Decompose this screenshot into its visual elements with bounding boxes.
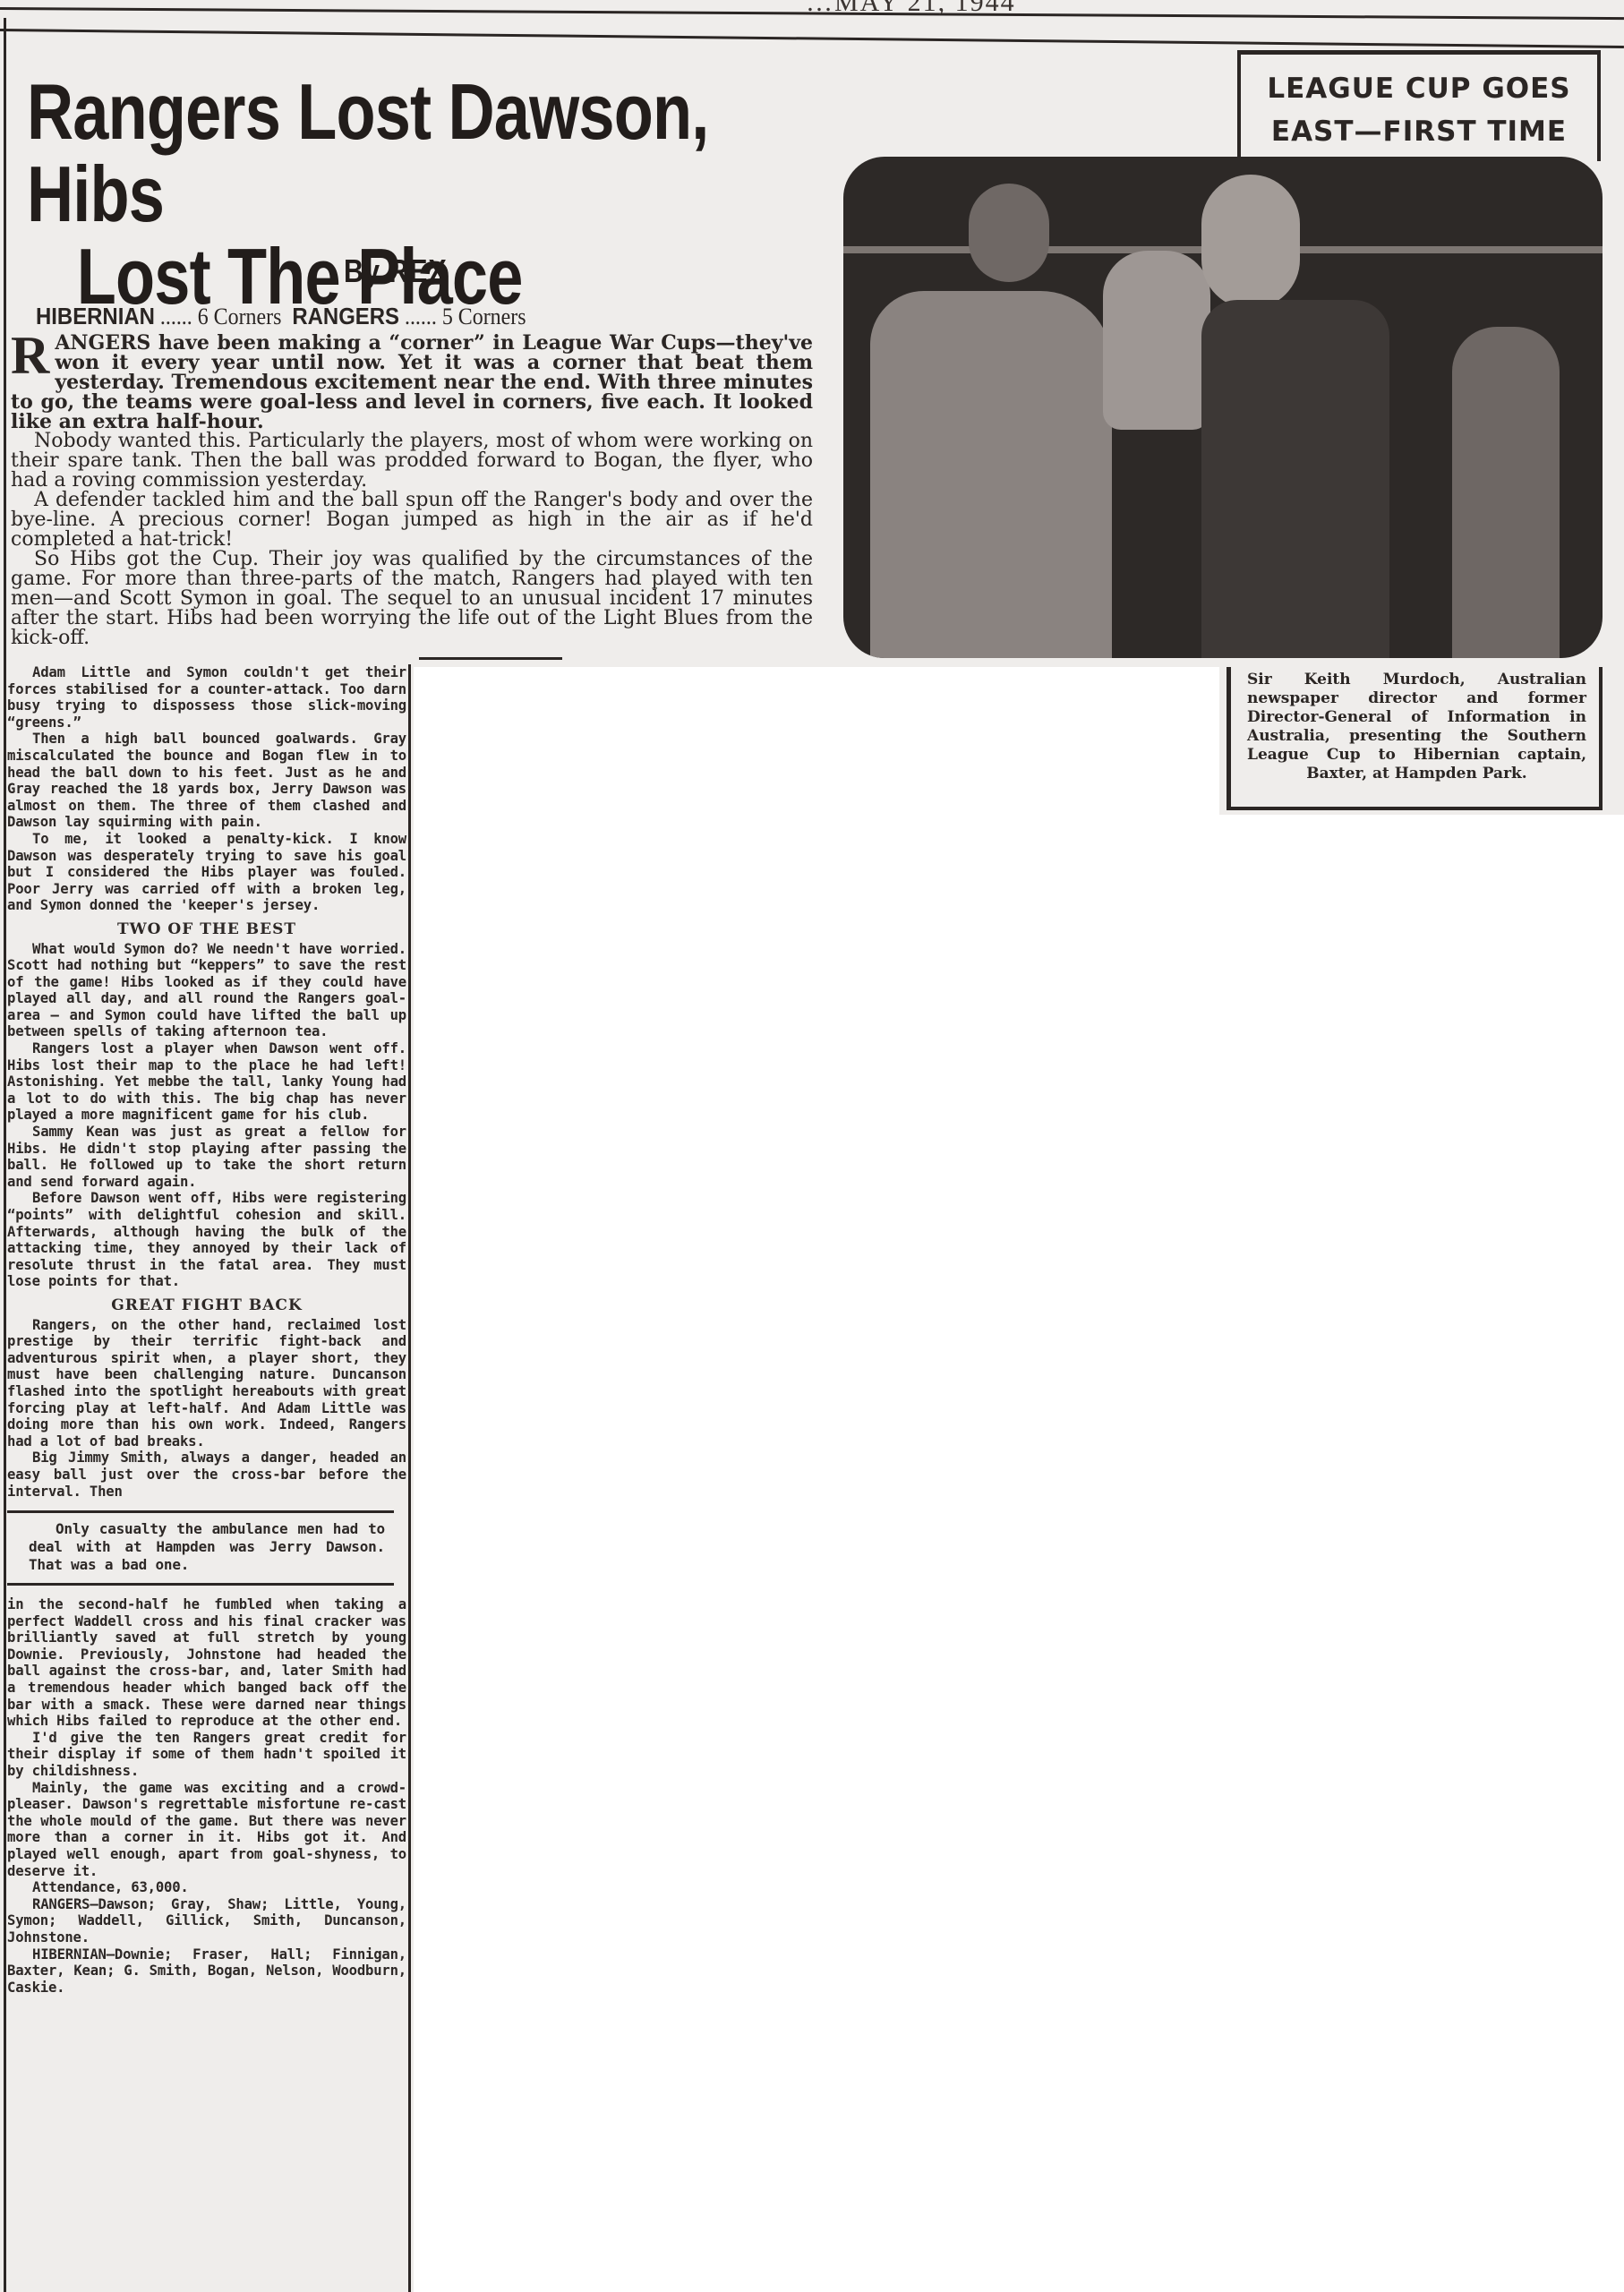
paragraph: What would Symon do? We needn't have wor… [7, 941, 406, 1041]
article-column: Adam Little and Symon couldn't get their… [7, 664, 406, 1996]
score-line: HIBERNIAN ...... 6 Corners RANGERS .....… [36, 303, 744, 330]
paragraph: A defender tackled him and the ball spun… [11, 491, 813, 550]
score-dots: ...... [399, 304, 442, 329]
paragraph: So Hibs got the Cup. Their joy was quali… [11, 550, 813, 648]
photo-caption: Sir Keith Murdoch, Australian newspaper … [1227, 667, 1603, 810]
photo-bystander [1452, 327, 1560, 658]
photo-trophy [1103, 251, 1210, 430]
paragraph: Nobody wanted this. Particularly the pla… [11, 432, 813, 491]
photo-presenter-head [1201, 175, 1300, 309]
paragraph: Then a high ball bounced goalwards. Gray… [7, 731, 406, 831]
pull-quote: Only casualty the ambulance men had to d… [7, 1510, 394, 1586]
lead-paragraph: RANGERS have been making a “corner” in L… [11, 333, 813, 432]
paragraph: Mainly, the game was exciting and a crow… [7, 1780, 406, 1880]
headline-line-1: Rangers Lost Dawson, Hibs [27, 67, 708, 238]
intro-text: RANGERS have been making a “corner” in L… [11, 333, 813, 648]
paragraph: Rangers lost a player when Dawson went o… [7, 1040, 406, 1124]
photo-player-head [969, 184, 1049, 282]
kicker-line-2: EAST—FIRST TIME [1241, 110, 1597, 153]
team-hibernian: HIBERNIAN [36, 303, 155, 329]
paragraph: I'd give the ten Rangers great credit fo… [7, 1730, 406, 1780]
byline: By REX [344, 252, 448, 290]
attendance: Attendance, 63,000. [7, 1879, 406, 1896]
paragraph: Before Dawson went off, Hibs were regist… [7, 1190, 406, 1290]
lineup-rangers: RANGERS—Dawson; Gray, Shaw; Little, Youn… [7, 1896, 406, 1946]
left-border [4, 18, 6, 2292]
drop-cap: R [11, 335, 49, 376]
team-rangers: RANGERS [292, 303, 399, 329]
hibernian-corners: 6 Corners [198, 304, 282, 329]
paragraph: Adam Little and Symon couldn't get their… [7, 664, 406, 731]
paragraph: Big Jimmy Smith, always a danger, headed… [7, 1450, 406, 1500]
trophy-presentation-photo [843, 157, 1603, 658]
subhead-two-of-the-best: TWO OF THE BEST [7, 921, 406, 938]
paragraph: Rangers, on the other hand, reclaimed lo… [7, 1317, 406, 1450]
subhead-great-fight-back: GREAT FIGHT BACK [7, 1297, 406, 1314]
paragraph: Sammy Kean was just as great a fellow fo… [7, 1124, 406, 1190]
kicker-line-1: LEAGUE CUP GOES [1241, 67, 1597, 110]
photo-presenter-body [1201, 300, 1389, 658]
paragraph: in the second-half he fumbled when takin… [7, 1596, 406, 1730]
photo-player-figure [870, 291, 1112, 658]
pull-quote-text: Only casualty the ambulance men had to d… [29, 1520, 385, 1574]
lineup-hibernian: HIBERNIAN—Downie; Fraser, Hall; Finnigan… [7, 1946, 406, 1997]
column-top-rule [419, 657, 562, 660]
kicker-box: LEAGUE CUP GOES EAST—FIRST TIME [1237, 50, 1601, 161]
rangers-corners: 5 Corners [442, 304, 526, 329]
column-right-border [408, 664, 411, 2292]
dateline: …MAY 21, 1944 [806, 0, 1253, 18]
paragraph: To me, it looked a penalty-kick. I know … [7, 831, 406, 914]
score-dots: ...... [155, 304, 198, 329]
